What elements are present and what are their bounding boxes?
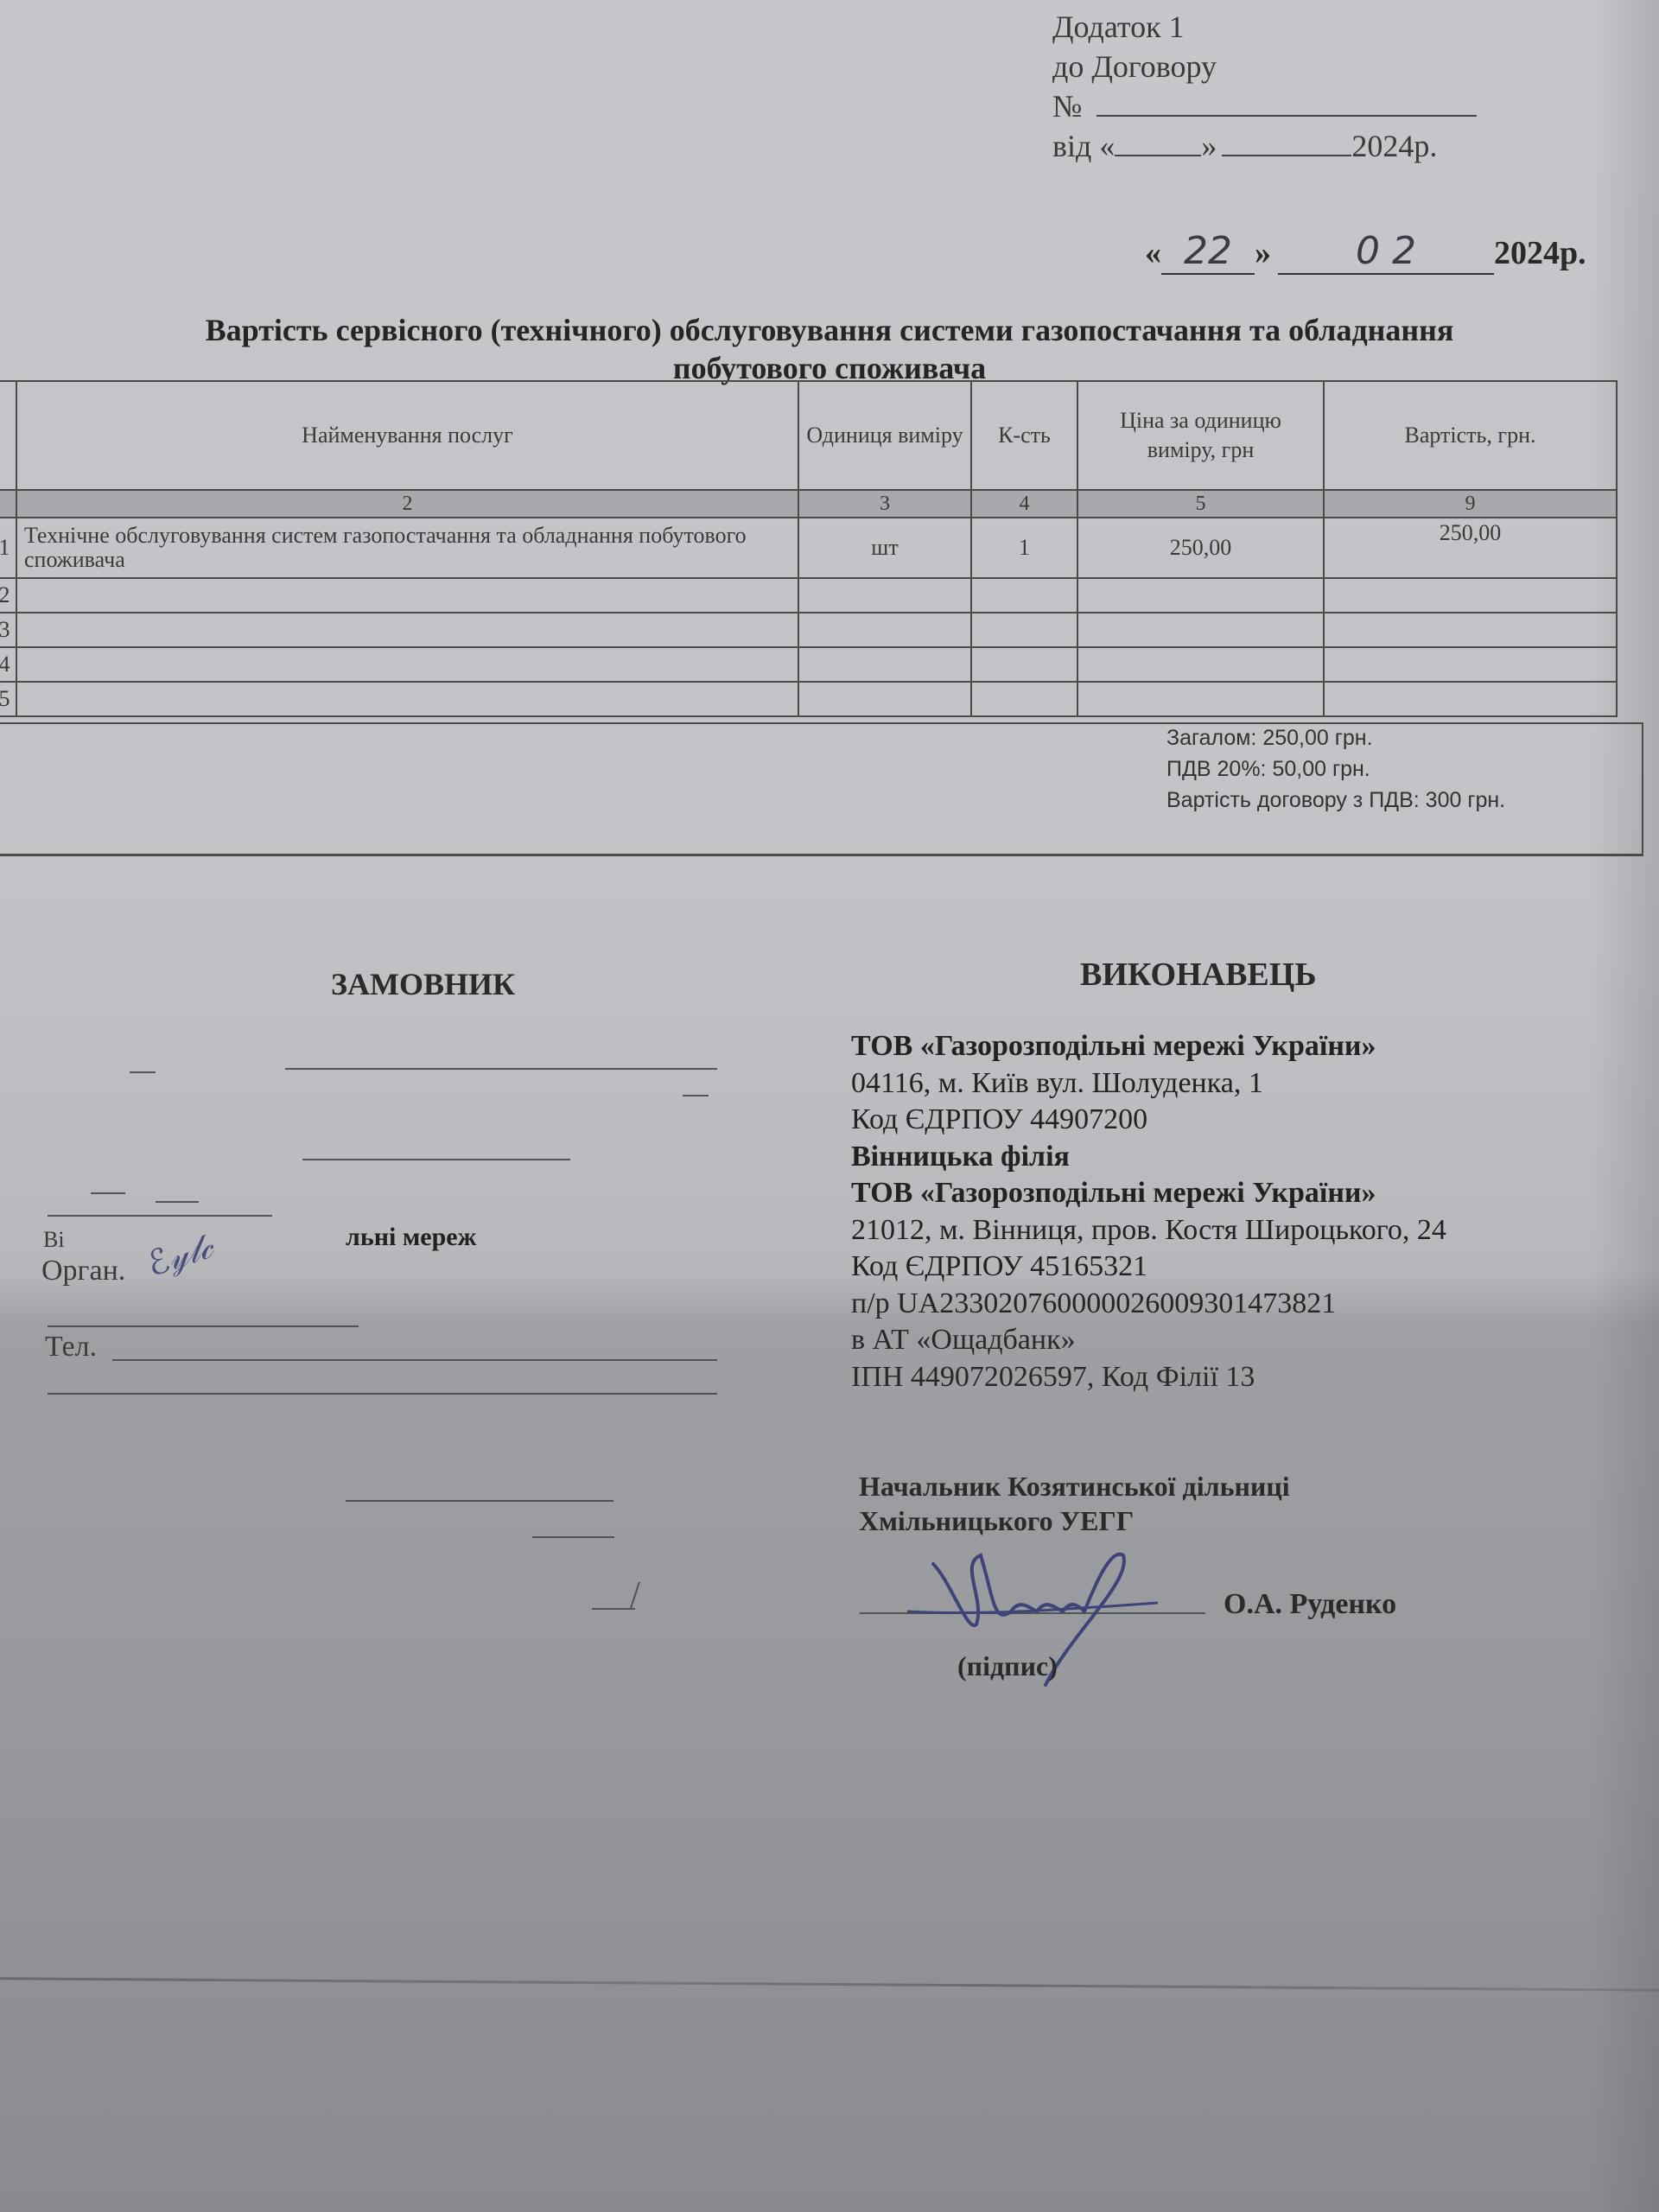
cost-cell [1324, 578, 1617, 613]
signatory-role-line-1: Начальник Козятинської дільниці [859, 1469, 1290, 1503]
date-year: 2024р. [1494, 235, 1586, 271]
unit-price-cell: 250,00 [1077, 518, 1324, 578]
index-cell [0, 490, 16, 518]
executor-detail-line: п/р UA233020760000026009301473821 [851, 1286, 1446, 1323]
index-cell: 9 [1324, 490, 1617, 518]
row-number: 2 [0, 578, 16, 613]
header-service-name: Найменування послуг [16, 381, 798, 490]
table-row: 3 [0, 613, 1617, 647]
services-table-wrapper: Найменування послуг Одиниця виміру К-сть… [0, 380, 1642, 717]
executor-heading: ВИКОНАВЕЦЬ [1080, 956, 1316, 994]
annex-date-row: від «»2024р. [1052, 126, 1477, 166]
paper-edge-shadow [1590, 0, 1659, 2212]
customer-field-line[interactable] [48, 1215, 272, 1217]
from-prefix: від « [1052, 129, 1115, 163]
quantity-cell [971, 578, 1077, 613]
executor-detail-line: в АТ «Ощадбанк» [851, 1322, 1446, 1359]
row-number: 5 [0, 682, 16, 716]
executor-detail-line: ТОВ «Газорозподільні мережі України» [851, 1028, 1446, 1065]
from-day-field[interactable] [1115, 129, 1201, 156]
index-cell: 3 [798, 490, 971, 518]
executor-signature-icon [899, 1529, 1227, 1702]
date-close-quote: » [1255, 235, 1271, 271]
executor-detail-line: ТОВ «Газорозподільні мережі України» [851, 1175, 1446, 1212]
column-index-row: 2 3 4 5 9 [0, 490, 1617, 518]
customer-partial-text: льні мереж [346, 1223, 476, 1252]
customer-signature-line[interactable] [592, 1608, 635, 1610]
table-header-row: Найменування послуг Одиниця виміру К-сть… [0, 381, 1617, 490]
unit-price-cell [1077, 647, 1324, 682]
quantity-cell: 1 [971, 518, 1077, 578]
executor-detail-line: 04116, м. Київ вул. Шолуденка, 1 [851, 1065, 1446, 1103]
executor-detail-line: Код ЄДРПОУ 44907200 [851, 1102, 1446, 1139]
table-row: 5 [0, 682, 1617, 716]
executor-details: ТОВ «Газорозподільні мережі України»0411… [851, 1028, 1446, 1395]
redacted-fragment [156, 1201, 199, 1203]
header-unit-price: Ціна за одиницю виміру, грн [1077, 381, 1324, 490]
index-cell: 2 [16, 490, 798, 518]
annex-contract-number-row: № [1052, 86, 1477, 126]
customer-label-fragment: Ві [43, 1227, 65, 1253]
service-name-cell: Технічне обслуговування систем газопоста… [16, 518, 798, 578]
contract-number-field[interactable] [1096, 89, 1477, 117]
customer-field-line[interactable] [285, 1068, 717, 1070]
executor-detail-line: 21012, м. Вінниця, пров. Костя Широцьког… [851, 1212, 1446, 1249]
table-row: 2 [0, 578, 1617, 613]
customer-phone-field[interactable] [112, 1359, 717, 1361]
customer-signature-slash [630, 1581, 640, 1608]
table-row: 1 Технічне обслуговування систем газопос… [0, 518, 1617, 578]
executor-detail-line: Код ЄДРПОУ 45165321 [851, 1249, 1446, 1286]
cost-cell [1324, 613, 1617, 647]
annex-contract-ref: до Договору [1052, 47, 1477, 86]
quantity-cell [971, 682, 1077, 716]
executor-detail-line: Вінницька філія [851, 1139, 1446, 1176]
date-open-quote: « [1145, 235, 1161, 271]
vat-text: ПДВ 20%: 50,00 грн. [1166, 753, 1505, 785]
totals-block: Загалом: 250,00 грн. ПДВ 20%: 50,00 грн.… [1166, 722, 1505, 816]
annex-number: Додаток 1 [1052, 7, 1477, 47]
redacted-fragment [130, 1071, 156, 1073]
unit-price-cell [1077, 578, 1324, 613]
unit-cell [798, 682, 971, 716]
executor-detail-line: ІПН 449072026597, Код Філії 13 [851, 1359, 1446, 1396]
row-number: 3 [0, 613, 16, 647]
customer-heading: ЗАМОВНИК [331, 966, 515, 1002]
title-line-1: Вартість сервісного (технічного) обслуго… [147, 311, 1512, 349]
unit-price-cell [1077, 682, 1324, 716]
index-cell: 4 [971, 490, 1077, 518]
index-cell: 5 [1077, 490, 1324, 518]
header-quantity: К-сть [971, 381, 1077, 490]
service-name-cell [16, 613, 798, 647]
from-mid: » [1201, 129, 1217, 163]
document-title: Вартість сервісного (технічного) обслуго… [147, 311, 1512, 387]
customer-phone-label: Тел. [45, 1331, 97, 1363]
table-row: 4 [0, 647, 1617, 682]
quantity-cell [971, 613, 1077, 647]
redacted-fragment [683, 1095, 709, 1096]
customer-signature-scribble: ℰ𝓎𝓁𝒸 [143, 1226, 218, 1284]
number-label: № [1052, 89, 1082, 124]
customer-org-label: Орган. [41, 1255, 125, 1287]
service-name-cell [16, 647, 798, 682]
header-unit: Одиниця виміру [798, 381, 971, 490]
unit-cell [798, 613, 971, 647]
row-number: 4 [0, 647, 16, 682]
quantity-cell [971, 647, 1077, 682]
signatory-role: Начальник Козятинської дільниці Хмільниц… [859, 1469, 1290, 1538]
total-with-vat-text: Вартість договору з ПДВ: 300 грн. [1166, 785, 1505, 816]
service-name-cell [16, 578, 798, 613]
services-table: Найменування послуг Одиниця виміру К-сть… [0, 380, 1618, 717]
unit-cell [798, 647, 971, 682]
customer-field-line[interactable] [346, 1500, 613, 1502]
document-date: «22»0 22024р. [1145, 229, 1586, 275]
header-number [0, 381, 16, 490]
date-day[interactable]: 22 [1161, 229, 1255, 275]
signature-caption: (підпис) [957, 1650, 1058, 1682]
customer-field-line[interactable] [48, 1325, 359, 1327]
customer-field-line[interactable] [532, 1536, 614, 1538]
unit-cell: шт [798, 518, 971, 578]
service-name-cell [16, 682, 798, 716]
cost-cell [1324, 647, 1617, 682]
customer-field-line[interactable] [48, 1393, 717, 1395]
subtotal-text: Загалом: 250,00 грн. [1166, 722, 1505, 753]
signatory-name: О.А. Руденко [1224, 1588, 1396, 1621]
cost-cell [1324, 682, 1617, 716]
unit-price-cell [1077, 613, 1324, 647]
paper-fold-shadow [0, 1270, 1659, 2212]
annex-header: Додаток 1 до Договору № від «»2024р. [1052, 7, 1477, 166]
customer-field-line[interactable] [302, 1159, 570, 1160]
row-number: 1 [0, 518, 16, 578]
cost-cell: 250,00 [1324, 518, 1617, 578]
paper-crease [0, 1977, 1659, 1991]
unit-cell [798, 578, 971, 613]
redacted-fragment [91, 1192, 125, 1194]
from-year: 2024р. [1351, 129, 1437, 163]
from-month-field[interactable] [1222, 129, 1351, 156]
date-month[interactable]: 0 2 [1278, 229, 1494, 275]
header-cost: Вартість, грн. [1324, 381, 1617, 490]
